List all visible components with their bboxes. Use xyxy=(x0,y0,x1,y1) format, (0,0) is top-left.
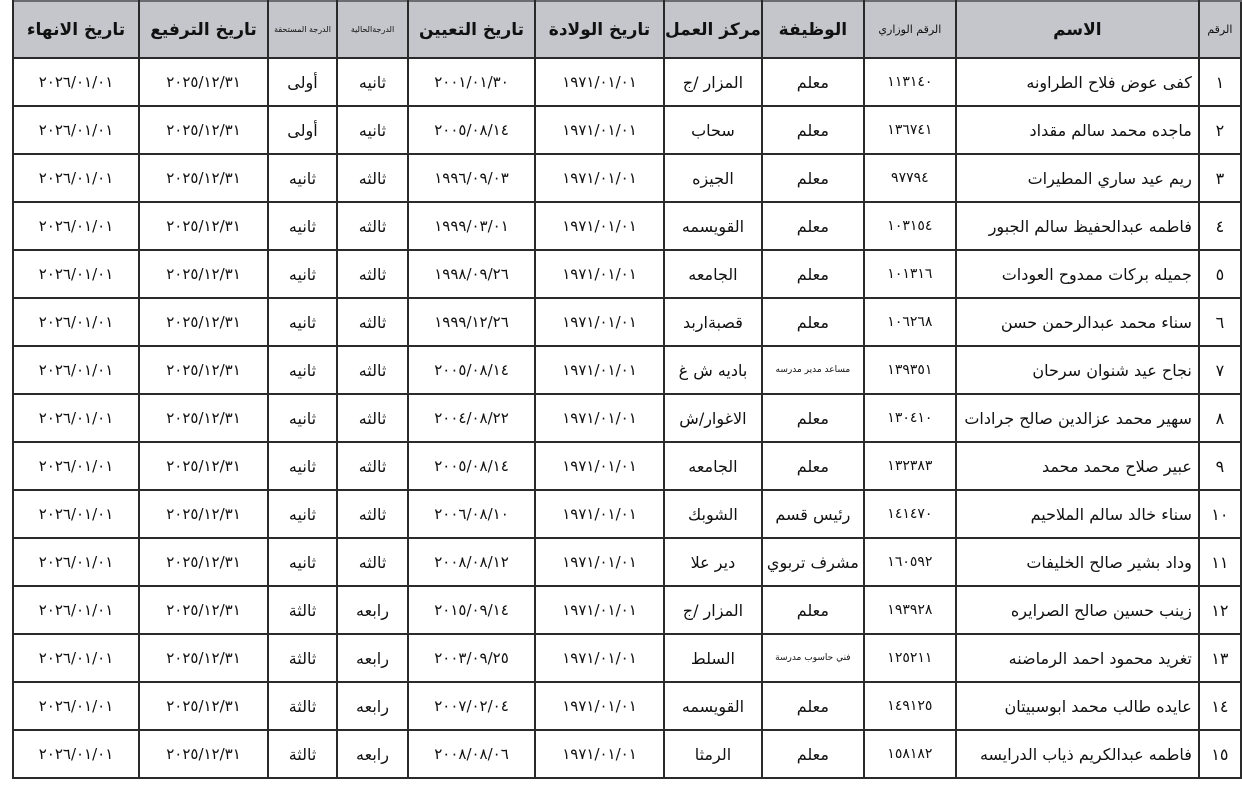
cell-promotion-date: ٢٠٢٥/١٢/٣١ xyxy=(139,586,268,634)
cell-work-center: سحاب xyxy=(664,106,762,154)
cell-due-grade: ثانيه xyxy=(268,346,337,394)
cell-ministry-number: ١٥٨١٨٢ xyxy=(864,730,956,778)
cell-current-grade: ثالثه xyxy=(337,490,408,538)
cell-name: سهير محمد عزالدين صالح جرادات xyxy=(956,394,1199,442)
cell-end-date: ٢٠٢٦/٠١/٠١ xyxy=(13,346,139,394)
table-row: ٩ عبير صلاح محمد محمد ١٣٢٣٨٣ معلم الجامع… xyxy=(13,442,1241,490)
table-row: ١٢ زينب حسين صالح الصرايره ١٩٣٩٢٨ معلم ا… xyxy=(13,586,1241,634)
cell-end-date: ٢٠٢٦/٠١/٠١ xyxy=(13,538,139,586)
cell-appointment-date: ٢٠٠٥/٠٨/١٤ xyxy=(408,442,535,490)
cell-ministry-number: ١٠٦٢٦٨ xyxy=(864,298,956,346)
cell-due-grade: ثانيه xyxy=(268,538,337,586)
cell-current-grade: رابعه xyxy=(337,634,408,682)
cell-due-grade: ثانيه xyxy=(268,298,337,346)
table-row: ٢ ماجده محمد سالم مقداد ١٣٦٧٤١ معلم سحاب… xyxy=(13,106,1241,154)
cell-birth-date: ١٩٧١/٠١/٠١ xyxy=(535,202,664,250)
cell-name: زينب حسين صالح الصرايره xyxy=(956,586,1199,634)
cell-job: معلم xyxy=(762,154,864,202)
table-row: ١١ وداد بشير صالح الخليفات ١٦٠٥٩٢ مشرف ت… xyxy=(13,538,1241,586)
cell-work-center: القويسمه xyxy=(664,682,762,730)
cell-index: ١٢ xyxy=(1199,586,1241,634)
cell-birth-date: ١٩٧١/٠١/٠١ xyxy=(535,586,664,634)
cell-promotion-date: ٢٠٢٥/١٢/٣١ xyxy=(139,490,268,538)
cell-end-date: ٢٠٢٦/٠١/٠١ xyxy=(13,202,139,250)
header-row: الرقم الاسم الرقم الوزاري الوظيفة مركز ا… xyxy=(13,1,1241,58)
cell-job: معلم xyxy=(762,394,864,442)
table-row: ٣ ريم عيد ساري المطيرات ٩٧٧٩٤ معلم الجيز… xyxy=(13,154,1241,202)
cell-current-grade: ثالثه xyxy=(337,298,408,346)
cell-promotion-date: ٢٠٢٥/١٢/٣١ xyxy=(139,202,268,250)
cell-appointment-date: ١٩٩٩/٠٣/٠١ xyxy=(408,202,535,250)
cell-due-grade: ثانيه xyxy=(268,394,337,442)
cell-name: فاطمه عبدالكريم ذياب الدرايسه xyxy=(956,730,1199,778)
cell-end-date: ٢٠٢٦/٠١/٠١ xyxy=(13,586,139,634)
cell-promotion-date: ٢٠٢٥/١٢/٣١ xyxy=(139,298,268,346)
cell-appointment-date: ٢٠٠٣/٠٩/٢٥ xyxy=(408,634,535,682)
cell-work-center: السلط xyxy=(664,634,762,682)
cell-due-grade: ثانيه xyxy=(268,442,337,490)
cell-work-center: القويسمه xyxy=(664,202,762,250)
cell-job: رئيس قسم xyxy=(762,490,864,538)
header-name: الاسم xyxy=(956,1,1199,58)
cell-appointment-date: ٢٠٠١/٠١/٣٠ xyxy=(408,58,535,106)
cell-index: ٩ xyxy=(1199,442,1241,490)
cell-current-grade: ثالثه xyxy=(337,202,408,250)
table-row: ١٥ فاطمه عبدالكريم ذياب الدرايسه ١٥٨١٨٢ … xyxy=(13,730,1241,778)
table-row: ٨ سهير محمد عزالدين صالح جرادات ١٣٠٤١٠ م… xyxy=(13,394,1241,442)
cell-current-grade: رابعه xyxy=(337,730,408,778)
table-row: ٤ فاطمه عبدالحفيظ سالم الجبور ١٠٣١٥٤ معل… xyxy=(13,202,1241,250)
cell-job: معلم xyxy=(762,58,864,106)
cell-birth-date: ١٩٧١/٠١/٠١ xyxy=(535,154,664,202)
cell-index: ٤ xyxy=(1199,202,1241,250)
cell-index: ١ xyxy=(1199,58,1241,106)
cell-appointment-date: ٢٠٠٨/٠٨/١٢ xyxy=(408,538,535,586)
cell-end-date: ٢٠٢٦/٠١/٠١ xyxy=(13,442,139,490)
cell-end-date: ٢٠٢٦/٠١/٠١ xyxy=(13,298,139,346)
cell-promotion-date: ٢٠٢٥/١٢/٣١ xyxy=(139,442,268,490)
table-row: ١٠ سناء خالد سالم الملاحيم ١٤١٤٧٠ رئيس ق… xyxy=(13,490,1241,538)
cell-appointment-date: ٢٠٠٧/٠٢/٠٤ xyxy=(408,682,535,730)
cell-due-grade: ثالثة xyxy=(268,586,337,634)
header-current-grade: الدرجةالحالية xyxy=(337,1,408,58)
cell-work-center: الشوبك xyxy=(664,490,762,538)
cell-job: معلم xyxy=(762,298,864,346)
cell-current-grade: ثالثه xyxy=(337,538,408,586)
cell-ministry-number: ١٢٥٢١١ xyxy=(864,634,956,682)
cell-index: ١٣ xyxy=(1199,634,1241,682)
cell-end-date: ٢٠٢٦/٠١/٠١ xyxy=(13,730,139,778)
cell-appointment-date: ١٩٩٦/٠٩/٠٣ xyxy=(408,154,535,202)
cell-job: معلم xyxy=(762,586,864,634)
cell-birth-date: ١٩٧١/٠١/٠١ xyxy=(535,490,664,538)
cell-due-grade: ثانيه xyxy=(268,202,337,250)
table-row: ١٤ عايده طالب محمد ابوسبيتان ١٤٩١٢٥ معلم… xyxy=(13,682,1241,730)
cell-name: نجاح عيد شنوان سرحان xyxy=(956,346,1199,394)
cell-name: ريم عيد ساري المطيرات xyxy=(956,154,1199,202)
header-job: الوظيفة xyxy=(762,1,864,58)
cell-birth-date: ١٩٧١/٠١/٠١ xyxy=(535,346,664,394)
cell-due-grade: ثانيه xyxy=(268,490,337,538)
cell-appointment-date: ٢٠٠٥/٠٨/١٤ xyxy=(408,346,535,394)
cell-due-grade: أولى xyxy=(268,58,337,106)
cell-ministry-number: ١٩٣٩٢٨ xyxy=(864,586,956,634)
cell-ministry-number: ١١٣١٤٠ xyxy=(864,58,956,106)
header-appointment-date: تاريخ التعيين xyxy=(408,1,535,58)
cell-job: معلم xyxy=(762,250,864,298)
cell-current-grade: ثانيه xyxy=(337,106,408,154)
cell-appointment-date: ٢٠١٥/٠٩/١٤ xyxy=(408,586,535,634)
cell-index: ٨ xyxy=(1199,394,1241,442)
cell-job: معلم xyxy=(762,202,864,250)
cell-promotion-date: ٢٠٢٥/١٢/٣١ xyxy=(139,538,268,586)
cell-current-grade: ثالثه xyxy=(337,250,408,298)
cell-current-grade: ثالثه xyxy=(337,442,408,490)
cell-birth-date: ١٩٧١/٠١/٠١ xyxy=(535,106,664,154)
cell-ministry-number: ١٤٩١٢٥ xyxy=(864,682,956,730)
cell-job: معلم xyxy=(762,730,864,778)
cell-work-center: المزار /ج xyxy=(664,58,762,106)
cell-end-date: ٢٠٢٦/٠١/٠١ xyxy=(13,58,139,106)
cell-current-grade: ثالثه xyxy=(337,346,408,394)
cell-due-grade: ثانيه xyxy=(268,250,337,298)
cell-due-grade: ثالثة xyxy=(268,730,337,778)
cell-promotion-date: ٢٠٢٥/١٢/٣١ xyxy=(139,346,268,394)
cell-work-center: الجيزه xyxy=(664,154,762,202)
cell-name: وداد بشير صالح الخليفات xyxy=(956,538,1199,586)
cell-work-center: الجامعه xyxy=(664,250,762,298)
cell-promotion-date: ٢٠٢٥/١٢/٣١ xyxy=(139,154,268,202)
cell-birth-date: ١٩٧١/٠١/٠١ xyxy=(535,250,664,298)
cell-appointment-date: ٢٠٠٨/٠٨/٠٦ xyxy=(408,730,535,778)
cell-end-date: ٢٠٢٦/٠١/٠١ xyxy=(13,490,139,538)
cell-end-date: ٢٠٢٦/٠١/٠١ xyxy=(13,250,139,298)
cell-index: ١١ xyxy=(1199,538,1241,586)
cell-name: سناء محمد عبدالرحمن حسن xyxy=(956,298,1199,346)
cell-due-grade: ثالثة xyxy=(268,682,337,730)
cell-ministry-number: ١٠١٣١٦ xyxy=(864,250,956,298)
cell-appointment-date: ٢٠٠٥/٠٨/١٤ xyxy=(408,106,535,154)
cell-index: ٢ xyxy=(1199,106,1241,154)
cell-promotion-date: ٢٠٢٥/١٢/٣١ xyxy=(139,682,268,730)
cell-work-center: المزار /ج xyxy=(664,586,762,634)
cell-ministry-number: ٩٧٧٩٤ xyxy=(864,154,956,202)
cell-name: كفى عوض فلاح الطراونه xyxy=(956,58,1199,106)
table-row: ٦ سناء محمد عبدالرحمن حسن ١٠٦٢٦٨ معلم قص… xyxy=(13,298,1241,346)
cell-end-date: ٢٠٢٦/٠١/٠١ xyxy=(13,106,139,154)
cell-job: فني حاسوب مدرسة xyxy=(762,634,864,682)
cell-index: ٥ xyxy=(1199,250,1241,298)
cell-due-grade: ثانيه xyxy=(268,154,337,202)
header-work-center: مركز العمل xyxy=(664,1,762,58)
promotion-table: الرقم الاسم الرقم الوزاري الوظيفة مركز ا… xyxy=(12,0,1242,779)
cell-work-center: دير علا xyxy=(664,538,762,586)
cell-birth-date: ١٩٧١/٠١/٠١ xyxy=(535,538,664,586)
cell-name: عبير صلاح محمد محمد xyxy=(956,442,1199,490)
cell-end-date: ٢٠٢٦/٠١/٠١ xyxy=(13,682,139,730)
cell-current-grade: ثانيه xyxy=(337,58,408,106)
cell-index: ٦ xyxy=(1199,298,1241,346)
cell-birth-date: ١٩٧١/٠١/٠١ xyxy=(535,682,664,730)
cell-name: عايده طالب محمد ابوسبيتان xyxy=(956,682,1199,730)
cell-work-center: الاغوار/ش xyxy=(664,394,762,442)
header-due-grade: الدرجة المستحقة xyxy=(268,1,337,58)
cell-job: مساعد مدير مدرسه xyxy=(762,346,864,394)
cell-index: ١٥ xyxy=(1199,730,1241,778)
cell-work-center: قصبةاربد xyxy=(664,298,762,346)
cell-end-date: ٢٠٢٦/٠١/٠١ xyxy=(13,394,139,442)
table-row: ٥ جميله بركات ممدوح العودات ١٠١٣١٦ معلم … xyxy=(13,250,1241,298)
cell-index: ١٤ xyxy=(1199,682,1241,730)
header-ministry-number: الرقم الوزاري xyxy=(864,1,956,58)
cell-work-center: باديه ش غ xyxy=(664,346,762,394)
cell-end-date: ٢٠٢٦/٠١/٠١ xyxy=(13,634,139,682)
cell-index: ٣ xyxy=(1199,154,1241,202)
cell-job: معلم xyxy=(762,442,864,490)
cell-birth-date: ١٩٧١/٠١/٠١ xyxy=(535,394,664,442)
cell-job: معلم xyxy=(762,106,864,154)
cell-appointment-date: ١٩٩٨/٠٩/٢٦ xyxy=(408,250,535,298)
table-row: ١٣ تغريد محمود احمد الرماضنه ١٢٥٢١١ فني … xyxy=(13,634,1241,682)
cell-appointment-date: ١٩٩٩/١٢/٢٦ xyxy=(408,298,535,346)
cell-ministry-number: ١٠٣١٥٤ xyxy=(864,202,956,250)
cell-appointment-date: ٢٠٠٤/٠٨/٢٢ xyxy=(408,394,535,442)
cell-job: معلم xyxy=(762,682,864,730)
cell-index: ٧ xyxy=(1199,346,1241,394)
cell-ministry-number: ١٣٦٧٤١ xyxy=(864,106,956,154)
cell-current-grade: رابعه xyxy=(337,586,408,634)
cell-birth-date: ١٩٧١/٠١/٠١ xyxy=(535,298,664,346)
cell-birth-date: ١٩٧١/٠١/٠١ xyxy=(535,58,664,106)
cell-due-grade: ثالثة xyxy=(268,634,337,682)
table-row: ٧ نجاح عيد شنوان سرحان ١٣٩٣٥١ مساعد مدير… xyxy=(13,346,1241,394)
cell-promotion-date: ٢٠٢٥/١٢/٣١ xyxy=(139,250,268,298)
cell-promotion-date: ٢٠٢٥/١٢/٣١ xyxy=(139,58,268,106)
cell-current-grade: ثالثه xyxy=(337,154,408,202)
cell-name: فاطمه عبدالحفيظ سالم الجبور xyxy=(956,202,1199,250)
cell-work-center: الرمثا xyxy=(664,730,762,778)
cell-birth-date: ١٩٧١/٠١/٠١ xyxy=(535,730,664,778)
cell-name: سناء خالد سالم الملاحيم xyxy=(956,490,1199,538)
cell-index: ١٠ xyxy=(1199,490,1241,538)
cell-name: ماجده محمد سالم مقداد xyxy=(956,106,1199,154)
cell-ministry-number: ١٣٩٣٥١ xyxy=(864,346,956,394)
header-promotion-date: تاريخ الترفيع xyxy=(139,1,268,58)
cell-end-date: ٢٠٢٦/٠١/٠١ xyxy=(13,154,139,202)
cell-birth-date: ١٩٧١/٠١/٠١ xyxy=(535,442,664,490)
cell-ministry-number: ١٣٠٤١٠ xyxy=(864,394,956,442)
cell-job: مشرف تربوي xyxy=(762,538,864,586)
cell-birth-date: ١٩٧١/٠١/٠١ xyxy=(535,634,664,682)
cell-work-center: الجامعه xyxy=(664,442,762,490)
cell-current-grade: رابعه xyxy=(337,682,408,730)
cell-current-grade: ثالثه xyxy=(337,394,408,442)
cell-name: تغريد محمود احمد الرماضنه xyxy=(956,634,1199,682)
header-end-date: تاريخ الانهاء xyxy=(13,1,139,58)
cell-appointment-date: ٢٠٠٦/٠٨/١٠ xyxy=(408,490,535,538)
header-birth-date: تاريخ الولادة xyxy=(535,1,664,58)
cell-promotion-date: ٢٠٢٥/١٢/٣١ xyxy=(139,106,268,154)
cell-promotion-date: ٢٠٢٥/١٢/٣١ xyxy=(139,730,268,778)
table-row: ١ كفى عوض فلاح الطراونه ١١٣١٤٠ معلم المز… xyxy=(13,58,1241,106)
header-index: الرقم xyxy=(1199,1,1241,58)
cell-ministry-number: ١٣٢٣٨٣ xyxy=(864,442,956,490)
cell-ministry-number: ١٦٠٥٩٢ xyxy=(864,538,956,586)
cell-promotion-date: ٢٠٢٥/١٢/٣١ xyxy=(139,394,268,442)
cell-name: جميله بركات ممدوح العودات xyxy=(956,250,1199,298)
cell-due-grade: أولى xyxy=(268,106,337,154)
cell-promotion-date: ٢٠٢٥/١٢/٣١ xyxy=(139,634,268,682)
cell-ministry-number: ١٤١٤٧٠ xyxy=(864,490,956,538)
